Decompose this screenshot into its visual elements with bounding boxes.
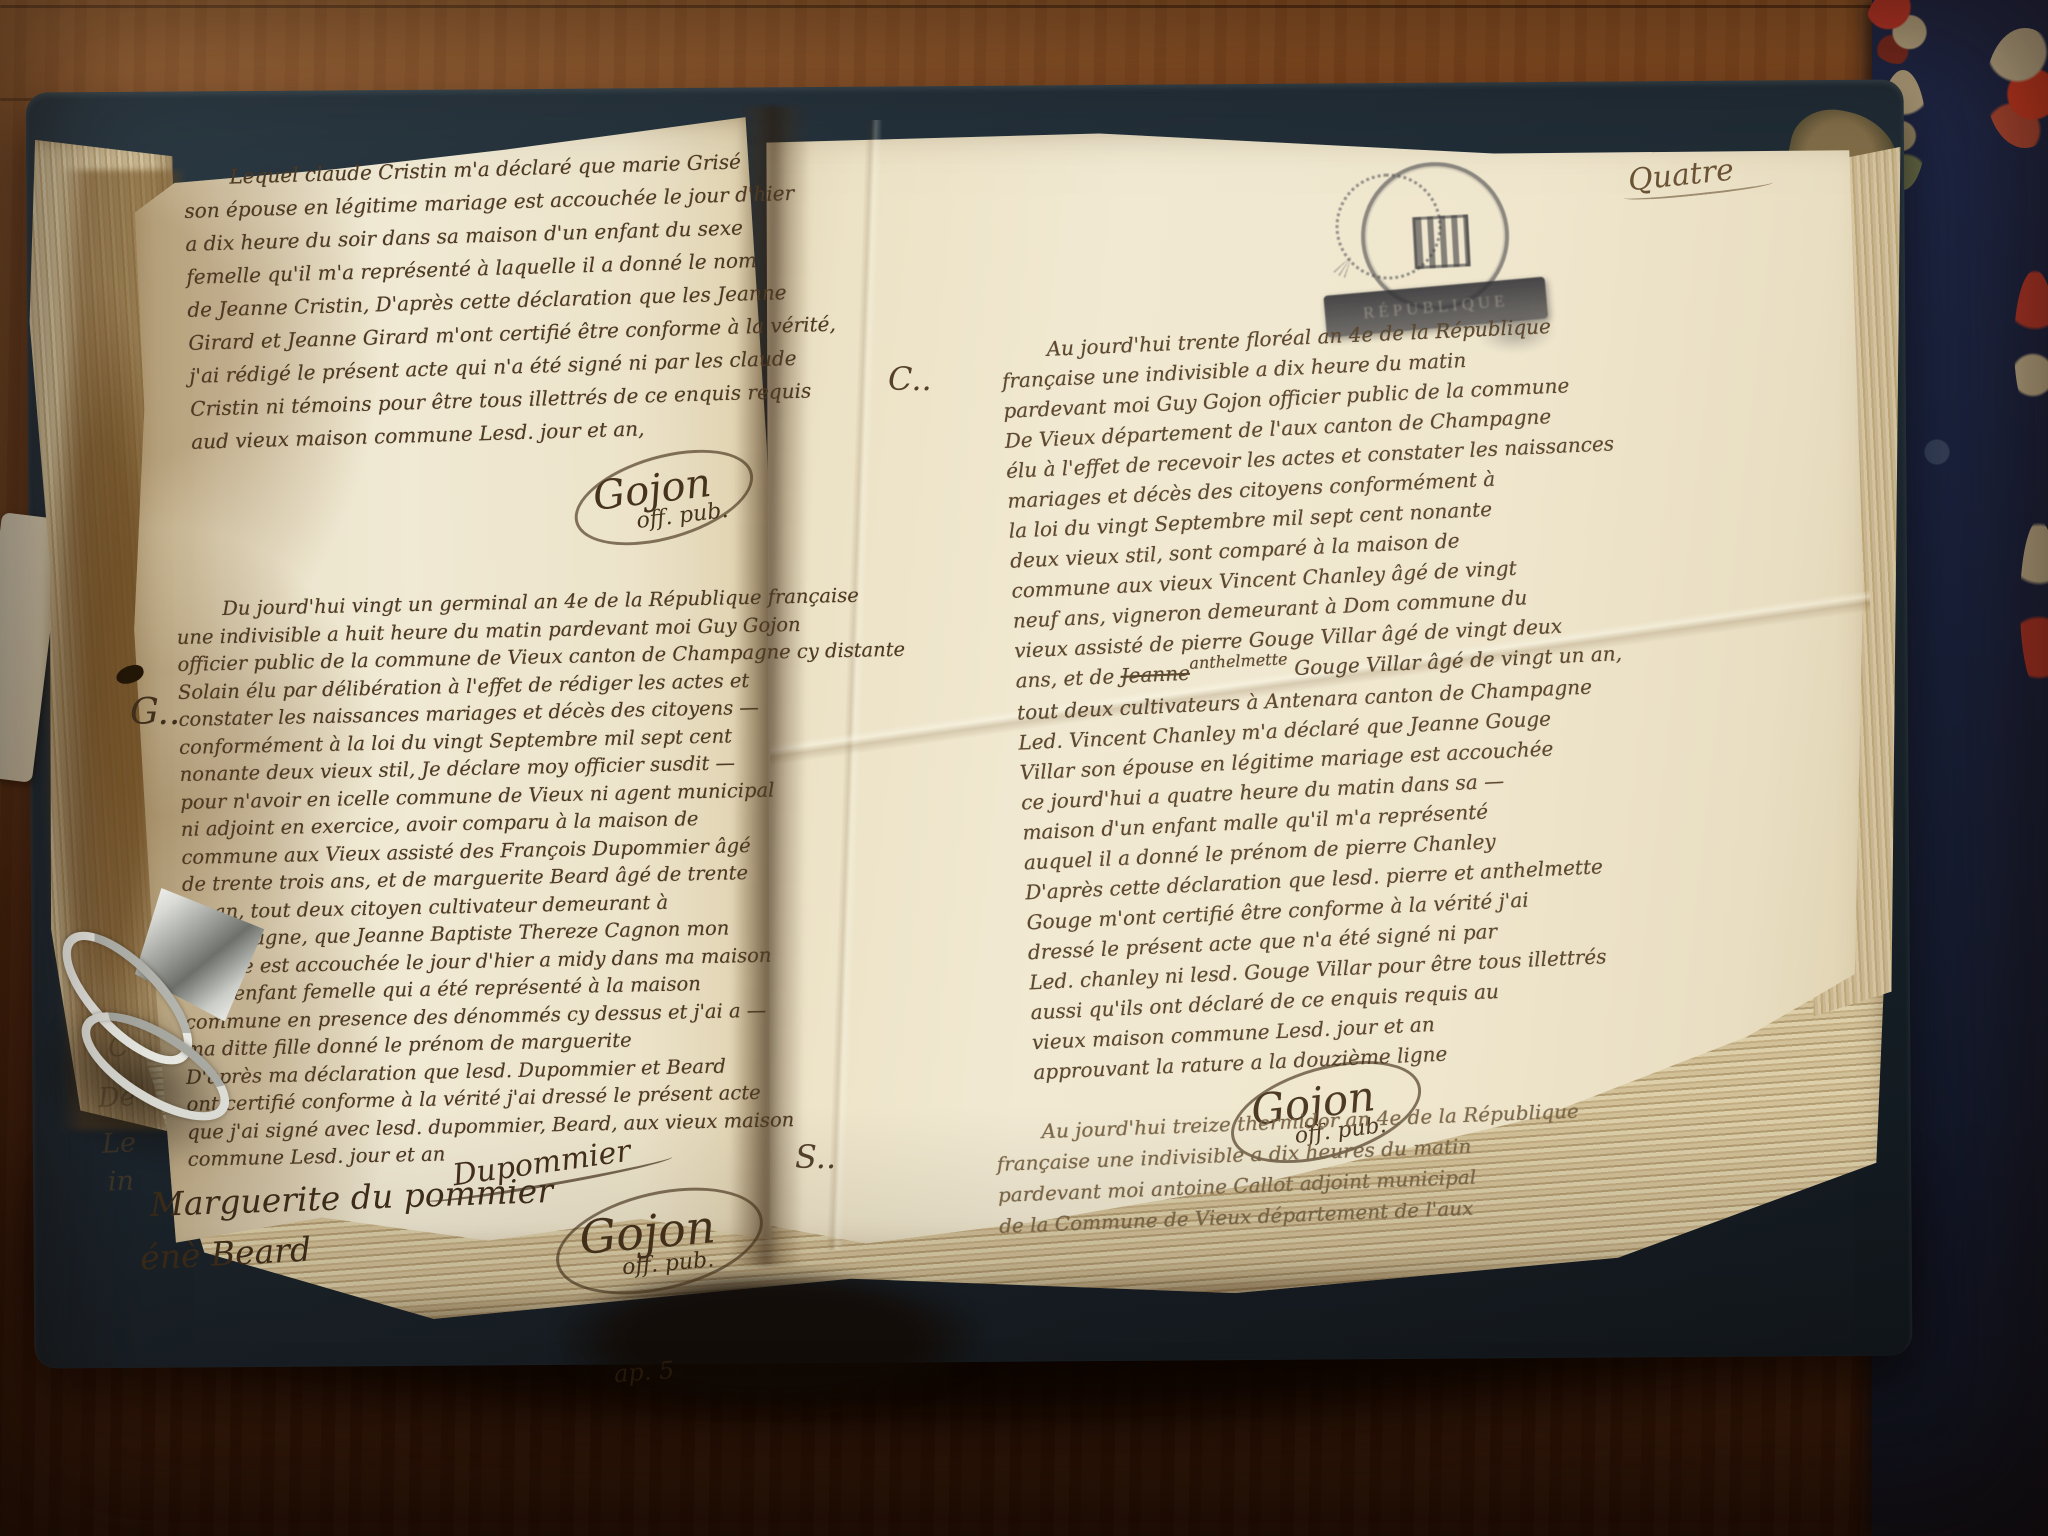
binder-clip <box>19 860 289 1183</box>
edge-scribble: ap. 5 <box>613 1356 675 1388</box>
photo-scene: Lequel claude Cristin m'a déclaré que ma… <box>0 0 2048 1536</box>
floral-print <box>2014 270 2048 420</box>
floral-print <box>1986 28 2048 148</box>
act-pierre-chanley: Au jourd'hui trente floréal an 4e de la … <box>1000 307 1683 1088</box>
signature-name: Gojon <box>577 1199 717 1265</box>
floral-print <box>2020 520 2048 690</box>
handwritten-paragraph: Au jourd'hui treize thermidor an 4e de l… <box>995 1094 1629 1242</box>
margin-letter-c: C.. <box>888 360 932 398</box>
margin-letter-g: G.. <box>130 692 180 733</box>
act-thermidor-fragment: Au jourd'hui treize thermidor an 4e de l… <box>995 1094 1629 1242</box>
act-claude-cristin: Lequel claude Cristin m'a déclaré que ma… <box>183 144 792 459</box>
handwritten-paragraph: Au jourd'hui trente floréal an 4e de la … <box>1000 307 1683 1088</box>
handwritten-paragraph: Lequel claude Cristin m'a déclaré que ma… <box>183 144 792 459</box>
floral-print <box>1866 0 1930 64</box>
signature-gojon: Gojon off. pub. <box>577 1199 719 1284</box>
stamp-emblem <box>1412 214 1471 269</box>
floral-print <box>1922 428 1952 488</box>
margin-letter-s: S.. <box>795 1138 836 1176</box>
